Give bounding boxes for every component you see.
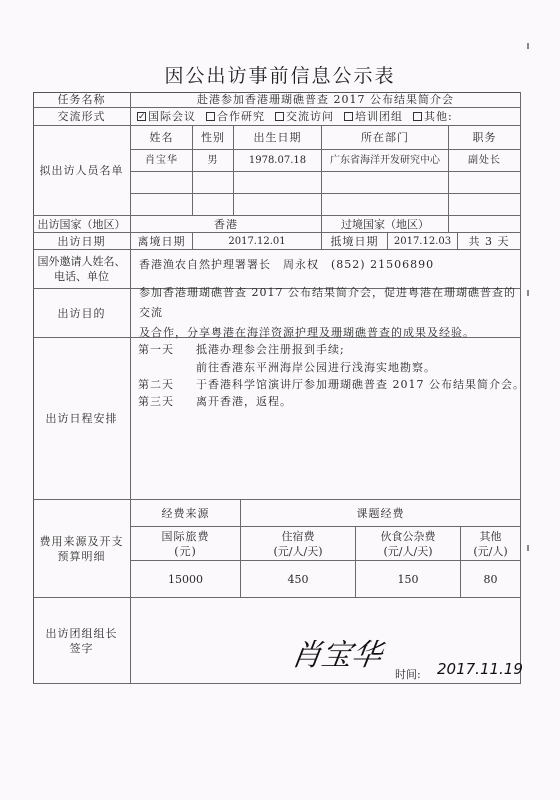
person-2-birthdate	[234, 172, 322, 194]
schedule-item-1b: 前往香港东平洲海岸公园进行浅海实地勘察。	[196, 359, 436, 375]
transit-country-label: 过境国家（地区）	[322, 216, 449, 233]
budget-col-intl-travel: 国际旅费 (元)	[131, 527, 241, 561]
header-gender: 性别	[193, 126, 234, 150]
depart-date-value: 2017.12.01	[193, 233, 322, 250]
person-2-department	[322, 172, 449, 194]
budget-col-meals: 伙食公杂费 (元/人/天)	[356, 527, 461, 561]
schedule-day-1: 第一天	[138, 341, 174, 357]
header-department: 所在部门	[322, 126, 449, 150]
schedule-item-3: 离开香港，返程。	[196, 393, 292, 409]
person-3-gender	[193, 194, 234, 216]
total-days: 共 3 天	[458, 233, 521, 250]
option-other[interactable]: 其他:	[413, 109, 453, 124]
header-position: 职务	[449, 126, 521, 150]
option-international-conference[interactable]: ✓国际会议	[137, 109, 196, 124]
person-2-gender	[193, 172, 234, 194]
purpose-value: 参加香港珊瑚礁普查 2017 公布结果简介会，促进粤港在珊瑚礁普查的交流 及合作…	[131, 289, 521, 338]
budget-other-value: 80	[461, 561, 521, 598]
arrive-date-label: 抵境日期	[322, 233, 388, 250]
country-value: 香港	[131, 216, 322, 233]
signature-time-value: 2017.11.19	[437, 660, 523, 678]
option-exchange-visit[interactable]: 交流访问	[275, 109, 334, 124]
header-name: 姓名	[131, 126, 193, 150]
person-2-position	[449, 172, 521, 194]
scan-mark	[527, 43, 529, 49]
country-label: 出访国家（地区）	[33, 216, 131, 233]
task-value: 赴港参加香港珊瑚礁普查 2017 公布结果简介会	[131, 92, 521, 108]
exchange-options: ✓国际会议 合作研究 交流访问 培训团组 其他:	[131, 108, 521, 126]
personnel-label: 拟出访人员名单	[33, 126, 131, 216]
funding-source-label: 经费来源	[131, 500, 241, 527]
schedule-item-2: 于香港科学馆演讲厅参加珊瑚礁普查 2017 公布结果简介会。	[196, 376, 525, 392]
budget-lodging-value: 450	[241, 561, 356, 598]
option-training-group[interactable]: 培训团组	[344, 109, 403, 124]
person-1-name: 肖宝华	[131, 150, 193, 172]
scan-mark	[527, 290, 529, 296]
checkbox-icon	[275, 112, 284, 121]
checked-box-icon: ✓	[137, 112, 146, 121]
person-3-position	[449, 194, 521, 216]
budget-col-other: 其他 (元/人)	[461, 527, 521, 561]
person-3-department	[322, 194, 449, 216]
checkbox-icon	[413, 112, 422, 121]
budget-col-lodging: 住宿费 (元/人/天)	[241, 527, 356, 561]
schedule-label: 出访日程安排	[33, 338, 131, 500]
person-1-department: 广东省海洋开发研究中心	[322, 150, 449, 172]
person-3-name	[131, 194, 193, 216]
scan-mark	[527, 545, 529, 551]
person-3-birthdate	[234, 194, 322, 216]
budget-label: 费用来源及开支 预算明细	[33, 500, 131, 598]
schedule-day-3: 第三天	[138, 393, 174, 409]
header-birthdate: 出生日期	[234, 126, 322, 150]
person-1-gender: 男	[193, 150, 234, 172]
checkbox-icon	[206, 112, 215, 121]
exchange-label: 交流形式	[33, 108, 131, 126]
schedule-item-1: 抵港办理参会注册报到手续;	[196, 341, 345, 357]
arrive-date-value: 2017.12.03	[388, 233, 458, 250]
depart-date-label: 离境日期	[131, 233, 193, 250]
signature-time-label: 时间:	[395, 666, 421, 682]
page-title: 因公出访事前信息公示表	[0, 61, 560, 88]
inviter-label: 国外邀请人姓名、 电话、单位	[33, 250, 131, 289]
person-1-position: 副处长	[449, 150, 521, 172]
transit-country-value	[449, 216, 521, 233]
checkbox-icon	[344, 112, 353, 121]
budget-intl-travel-value: 15000	[131, 561, 241, 598]
schedule-day-2: 第二天	[138, 376, 174, 392]
option-cooperative-research[interactable]: 合作研究	[206, 109, 265, 124]
handwritten-signature: 肖宝华	[289, 630, 385, 674]
dates-label: 出访日期	[33, 233, 131, 250]
task-label: 任务名称	[33, 92, 131, 108]
person-2-name	[131, 172, 193, 194]
purpose-label: 出访目的	[33, 289, 131, 338]
budget-meals-value: 150	[356, 561, 461, 598]
person-1-birthdate: 1978.07.18	[234, 150, 322, 172]
funding-source-value: 课题经费	[241, 500, 521, 527]
signature-label: 出访团组组长 签字	[33, 598, 131, 684]
